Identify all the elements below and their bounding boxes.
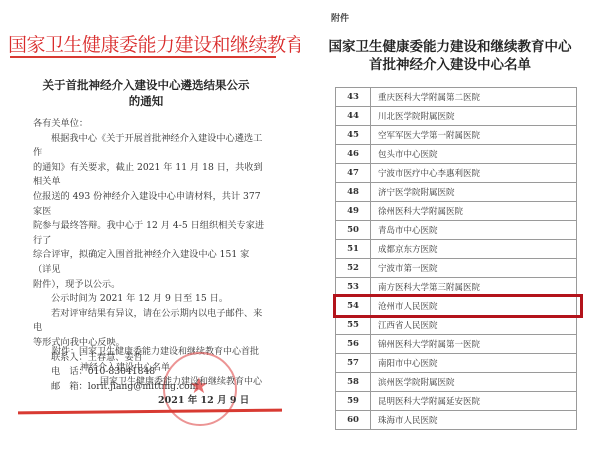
row-number: 50: [336, 221, 371, 240]
table-row: 43重庆医科大学附属第二医院: [336, 88, 577, 107]
letterhead-title: 国家卫生健康委能力建设和继续教育中心: [8, 30, 341, 57]
list-title-line1: 国家卫生健康委能力建设和继续教育中心: [300, 38, 600, 56]
hospital-table: 43重庆医科大学附属第二医院 44川北医学院附属医院 45空军军医大学第一附属医…: [335, 87, 577, 430]
hospital-name: 成都京东方医院: [371, 240, 577, 259]
body-line: 位报送的 493 份神经介入建设中心申请材料，共计 377 家医: [33, 190, 265, 219]
highlight-box: [333, 294, 583, 318]
table-row: 58滨州医学院附属医院: [336, 373, 577, 392]
notice-title: 关于首批神经介入建设中心遴选结果公示 的通知: [0, 77, 292, 109]
notice-page: 国家卫生健康委能力建设和继续教育中心 关于首批神经介入建设中心遴选结果公示 的通…: [0, 0, 292, 452]
table-row: 57南阳市中心医院: [336, 354, 577, 373]
hospital-name: 宁波市医疗中心李惠利医院: [371, 164, 577, 183]
signature: 国家卫生健康委能力建设和继续教育中心: [100, 374, 262, 387]
attachment-list-page: 附件 国家卫生健康委能力建设和继续教育中心 首批神经介入建设中心名单 43重庆医…: [300, 0, 600, 452]
table-row: 48济宁医学院附属医院: [336, 183, 577, 202]
publicity-period: 公示时间为 2021 年 12 月 9 日至 15 日。: [33, 292, 265, 307]
hospital-name: 宁波市第一医院: [371, 259, 577, 278]
row-number: 44: [336, 107, 371, 126]
table-row: 46包头市中心医院: [336, 145, 577, 164]
row-number: 57: [336, 354, 371, 373]
notice-title-line1: 关于首批神经介入建设中心遴选结果公示: [0, 77, 292, 93]
row-number: 46: [336, 145, 371, 164]
row-number: 58: [336, 373, 371, 392]
table-row: 51成都京东方医院: [336, 240, 577, 259]
hospital-name: 珠海市人民医院: [371, 411, 577, 430]
body-line: 若对评审结果有异议，请在公示期内以电子邮件、来电: [33, 307, 265, 336]
table-row: 44川北医学院附属医院: [336, 107, 577, 126]
footer-rule: [18, 409, 282, 415]
row-number: 51: [336, 240, 371, 259]
row-number: 49: [336, 202, 371, 221]
table-row: 55江西省人民医院: [336, 316, 577, 335]
table-row: 59昆明医科大学附属延安医院: [336, 392, 577, 411]
table-row: 47宁波市医疗中心李惠利医院: [336, 164, 577, 183]
body-line: 根据我中心《关于开展首批神经介入建设中心遴选工作: [33, 132, 265, 161]
hospital-name: 徐州医科大学附属医院: [371, 202, 577, 221]
table-row: 50青岛市中心医院: [336, 221, 577, 240]
hospital-name: 江西省人民医院: [371, 316, 577, 335]
body-line: 的通知》有关要求，截止 2021 年 11 月 18 日，共收到相关单: [33, 161, 265, 190]
row-number: 52: [336, 259, 371, 278]
body-line: 附件），现予以公示。: [33, 278, 265, 293]
table-row: 49徐州医科大学附属医院: [336, 202, 577, 221]
hospital-name: 川北医学院附属医院: [371, 107, 577, 126]
table-row: 56锦州医科大学附属第一医院: [336, 335, 577, 354]
official-seal-icon: ★: [163, 352, 237, 426]
body-line: 院参与最终答辩。我中心于 12 月 4-5 日组织相关专家进行了: [33, 219, 265, 248]
hospital-name: 济宁医学院附属医院: [371, 183, 577, 202]
row-number: 56: [336, 335, 371, 354]
letterhead-rule: [10, 56, 276, 58]
hospital-name: 滨州医学院附属医院: [371, 373, 577, 392]
attachment-line1: 附件：国家卫生健康委能力建设和继续教育中心首批: [52, 344, 262, 360]
email-label: 邮 箱：: [51, 381, 88, 392]
attachment-label: 附件: [331, 11, 349, 24]
body-line: 综合评审，拟确定入围首批神经介入建设中心 151 家（详见: [33, 248, 265, 277]
hospital-name: 锦州医科大学附属第一医院: [371, 335, 577, 354]
table-row: 52宁波市第一医院: [336, 259, 577, 278]
notice-title-line2: 的通知: [0, 93, 292, 109]
row-number: 60: [336, 411, 371, 430]
issue-date: 2021 年 12 月 9 日: [158, 392, 249, 406]
list-title: 国家卫生健康委能力建设和继续教育中心 首批神经介入建设中心名单: [300, 38, 600, 74]
row-number: 43: [336, 88, 371, 107]
hospital-name: 南阳市中心医院: [371, 354, 577, 373]
row-number: 47: [336, 164, 371, 183]
row-number: 48: [336, 183, 371, 202]
hospital-name: 青岛市中心医院: [371, 221, 577, 240]
hospital-name: 昆明医科大学附属延安医院: [371, 392, 577, 411]
salutation: 各有关单位：: [33, 117, 265, 132]
row-number: 59: [336, 392, 371, 411]
hospital-name: 包头市中心医院: [371, 145, 577, 164]
row-number: 45: [336, 126, 371, 145]
row-number: 55: [336, 316, 371, 335]
list-title-line2: 首批神经介入建设中心名单: [300, 56, 600, 74]
hospital-name: 空军军医大学第一附属医院: [371, 126, 577, 145]
table-row: 60珠海市人民医院: [336, 411, 577, 430]
hospital-name: 重庆医科大学附属第二医院: [371, 88, 577, 107]
table-row: 45空军军医大学第一附属医院: [336, 126, 577, 145]
